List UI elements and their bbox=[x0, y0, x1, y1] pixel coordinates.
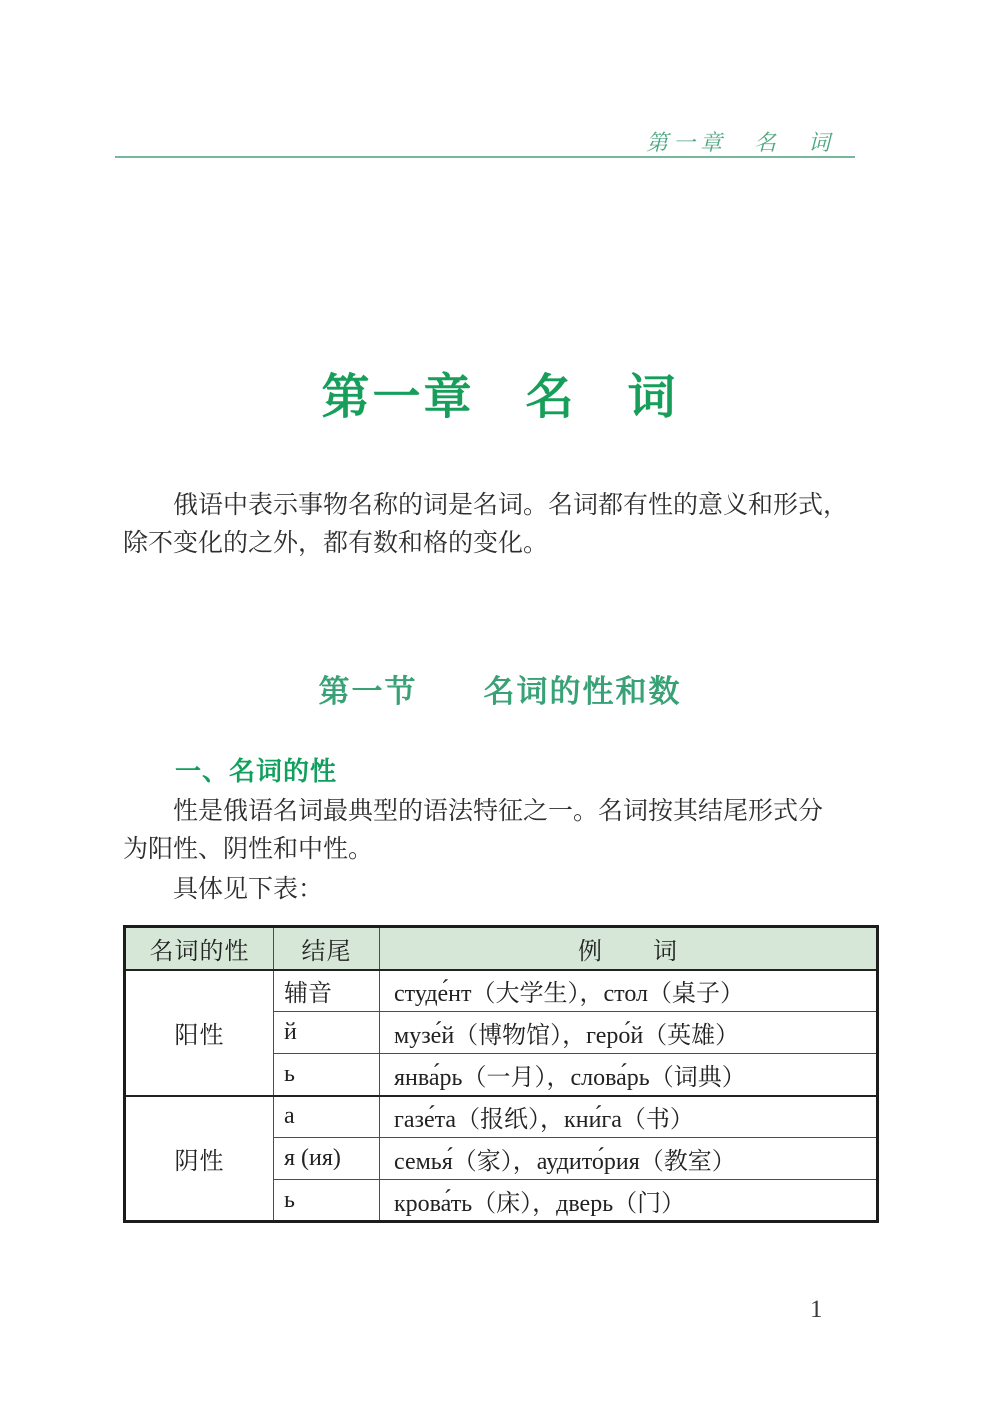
col-header-ending: 结尾 bbox=[274, 927, 380, 970]
table-header-row: 名词的性 结尾 例 词 bbox=[125, 927, 878, 970]
ending-cell: й bbox=[274, 1012, 380, 1054]
gender-paragraph-line-2: 为阳性、阴性和中性。 bbox=[123, 831, 876, 869]
col-header-gender: 名词的性 bbox=[125, 927, 274, 970]
table-row: 阳性 辅音 студе́нт（大学生），стол（桌子） bbox=[125, 970, 878, 1012]
ending-cell: я (ия) bbox=[274, 1138, 380, 1180]
intro-line-2: 除不变化的之外，都有数和格的变化。 bbox=[123, 525, 876, 563]
ending-cell: 辅音 bbox=[274, 970, 380, 1012]
ending-cell: а bbox=[274, 1096, 380, 1138]
header-rule-divider bbox=[115, 156, 855, 158]
ending-cell: ь bbox=[274, 1054, 380, 1096]
intro-line-1: 俄语中表示事物名称的词是名词。名词都有性的意义和形式， bbox=[123, 487, 876, 525]
running-header: 第一章 名 词 bbox=[115, 126, 853, 157]
examples-cell: крова́ть（床），дверь（门） bbox=[380, 1180, 878, 1222]
table-intro-text: 具体见下表： bbox=[123, 869, 323, 905]
col-header-examples: 例 词 bbox=[380, 927, 878, 970]
examples-cell: музе́й（博物馆），геро́й（英雄） bbox=[380, 1012, 878, 1054]
gender-paragraph: 性是俄语名词最典型的语法特征之一。名词按其结尾形式分 为阳性、阴性和中性。 bbox=[123, 793, 876, 869]
intro-paragraph: 俄语中表示事物名称的词是名词。名词都有性的意义和形式， 除不变化的之外，都有数和… bbox=[123, 487, 876, 563]
table-row: 阴性 а газе́та（报纸），кни́га（书） bbox=[125, 1096, 878, 1138]
gender-paragraph-line-1: 性是俄语名词最典型的语法特征之一。名词按其结尾形式分 bbox=[123, 793, 876, 831]
subsection-title: 一、名词的性 bbox=[175, 751, 337, 788]
examples-cell: семья́（家），аудито́рия（教室） bbox=[380, 1138, 878, 1180]
gender-cell-masculine: 阳性 bbox=[125, 970, 274, 1096]
chapter-title: 第一章 名 词 bbox=[0, 358, 1000, 427]
examples-cell: газе́та（报纸），кни́га（书） bbox=[380, 1096, 878, 1138]
examples-cell: студе́нт（大学生），стол（桌子） bbox=[380, 970, 878, 1012]
noun-gender-table: 名词的性 结尾 例 词 阳性 辅音 студе́нт（大学生），стол（桌子）… bbox=[123, 925, 879, 1223]
gender-cell-feminine: 阴性 bbox=[125, 1096, 274, 1222]
ending-cell: ь bbox=[274, 1180, 380, 1222]
page-number: 1 bbox=[810, 1296, 823, 1324]
section-title: 第一节 名词的性和数 bbox=[0, 666, 1000, 711]
examples-cell: янва́рь（一月），слова́рь（词典） bbox=[380, 1054, 878, 1096]
